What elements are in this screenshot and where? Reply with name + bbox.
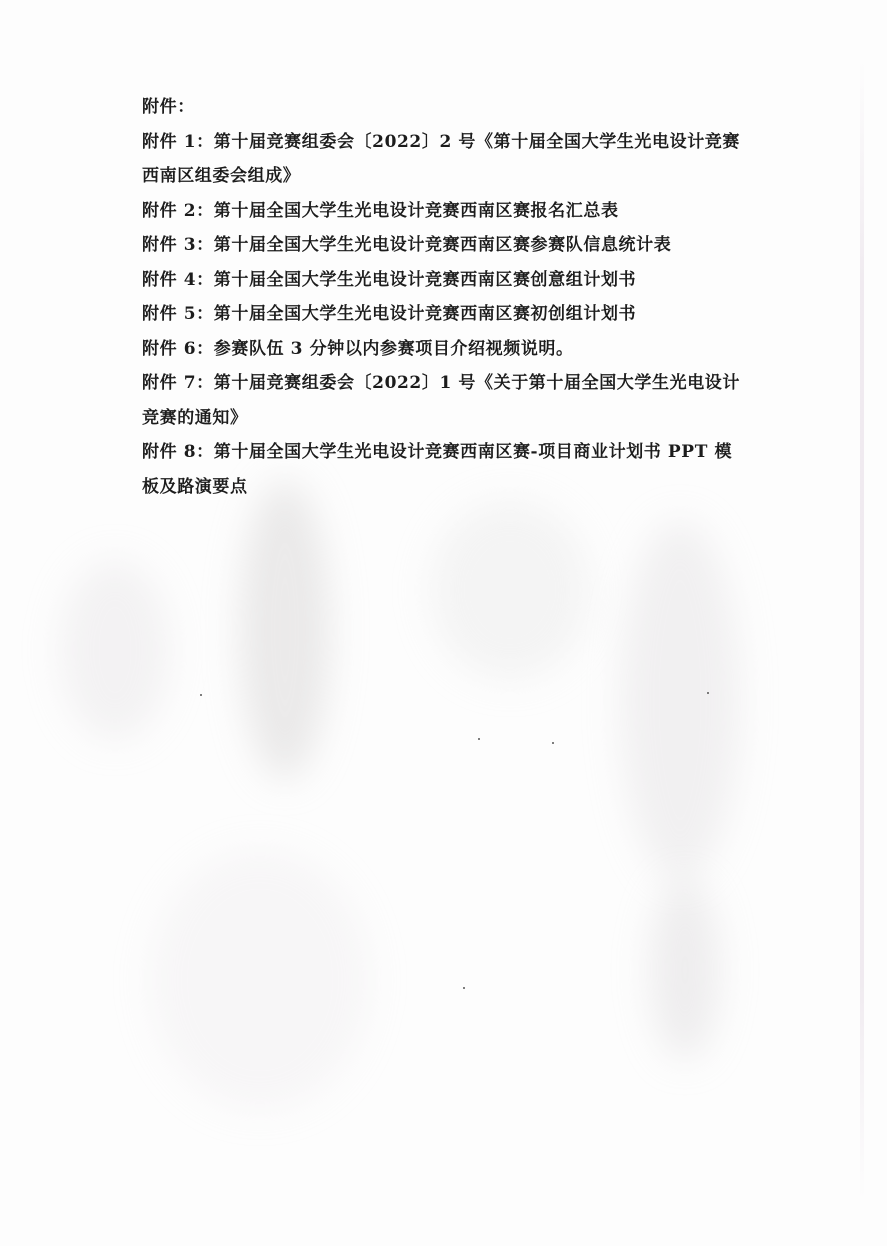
attachment-item-6: 附件 6：参赛队伍 3 分钟以内参赛项目介绍视频说明。 xyxy=(142,332,742,367)
attachment-item-1: 附件 1：第十届竞赛组委会〔2022〕2 号《第十届全国大学生光电设计竞赛西南区… xyxy=(142,125,742,194)
attachment-item-2: 附件 2：第十届全国大学生光电设计竞赛西南区赛报名汇总表 xyxy=(142,194,742,229)
attachment-item-4: 附件 4：第十届全国大学生光电设计竞赛西南区赛创意组计划书 xyxy=(142,263,742,298)
scan-speck xyxy=(200,694,202,696)
scan-smudge xyxy=(620,520,740,880)
scan-smudge xyxy=(150,850,370,1110)
scan-smudge xyxy=(430,500,590,680)
attachment-label: 附件 1： xyxy=(142,132,214,152)
attachment-item-7: 附件 7：第十届竞赛组委会〔2022〕1 号《关于第十届全国大学生光电设计竞赛的… xyxy=(142,366,742,435)
attachment-title: 第十届竞赛组委会〔2022〕2 号《第十届全国大学生光电设计竞赛西南区组委会组成… xyxy=(142,132,740,187)
attachment-label: 附件 2： xyxy=(142,201,214,221)
attachment-title: 第十届全国大学生光电设计竞赛西南区赛参赛队信息统计表 xyxy=(214,235,672,255)
attachment-label: 附件 3： xyxy=(142,235,214,255)
scan-smudge xyxy=(60,560,170,740)
page-edge-shadow xyxy=(860,60,864,1200)
attachment-title: 第十届竞赛组委会〔2022〕1 号《关于第十届全国大学生光电设计竞赛的通知》 xyxy=(142,373,740,428)
attachment-item-5: 附件 5：第十届全国大学生光电设计竞赛西南区赛初创组计划书 xyxy=(142,297,742,332)
scanned-page: 附件： 附件 1：第十届竞赛组委会〔2022〕2 号《第十届全国大学生光电设计竞… xyxy=(0,0,887,1246)
attachment-title: 第十届全国大学生光电设计竞赛西南区赛报名汇总表 xyxy=(214,201,619,221)
attachment-title: 第十届全国大学生光电设计竞赛西南区赛创意组计划书 xyxy=(214,270,636,290)
scan-speck xyxy=(552,742,554,744)
attachment-title: 参赛队伍 3 分钟以内参赛项目介绍视频说明。 xyxy=(214,339,574,359)
attachment-item-3: 附件 3：第十届全国大学生光电设计竞赛西南区赛参赛队信息统计表 xyxy=(142,228,742,263)
attachment-list: 附件： 附件 1：第十届竞赛组委会〔2022〕2 号《第十届全国大学生光电设计竞… xyxy=(142,90,742,504)
attachments-heading: 附件： xyxy=(142,90,742,125)
scan-smudge xyxy=(240,480,330,780)
scan-smudge xyxy=(650,880,720,1060)
attachment-label: 附件 6： xyxy=(142,339,214,359)
scan-speck xyxy=(463,987,465,989)
scan-speck xyxy=(478,738,480,740)
attachment-label: 附件 8： xyxy=(142,442,214,462)
scan-speck xyxy=(707,692,709,694)
attachment-title: 第十届全国大学生光电设计竞赛西南区赛-项目商业计划书 PPT 模板及路演要点 xyxy=(142,442,732,497)
attachment-item-8: 附件 8：第十届全国大学生光电设计竞赛西南区赛-项目商业计划书 PPT 模板及路… xyxy=(142,435,742,504)
attachment-label: 附件 7： xyxy=(142,373,214,393)
attachment-title: 第十届全国大学生光电设计竞赛西南区赛初创组计划书 xyxy=(214,304,636,324)
attachment-label: 附件 4： xyxy=(142,270,214,290)
attachment-label: 附件 5： xyxy=(142,304,214,324)
